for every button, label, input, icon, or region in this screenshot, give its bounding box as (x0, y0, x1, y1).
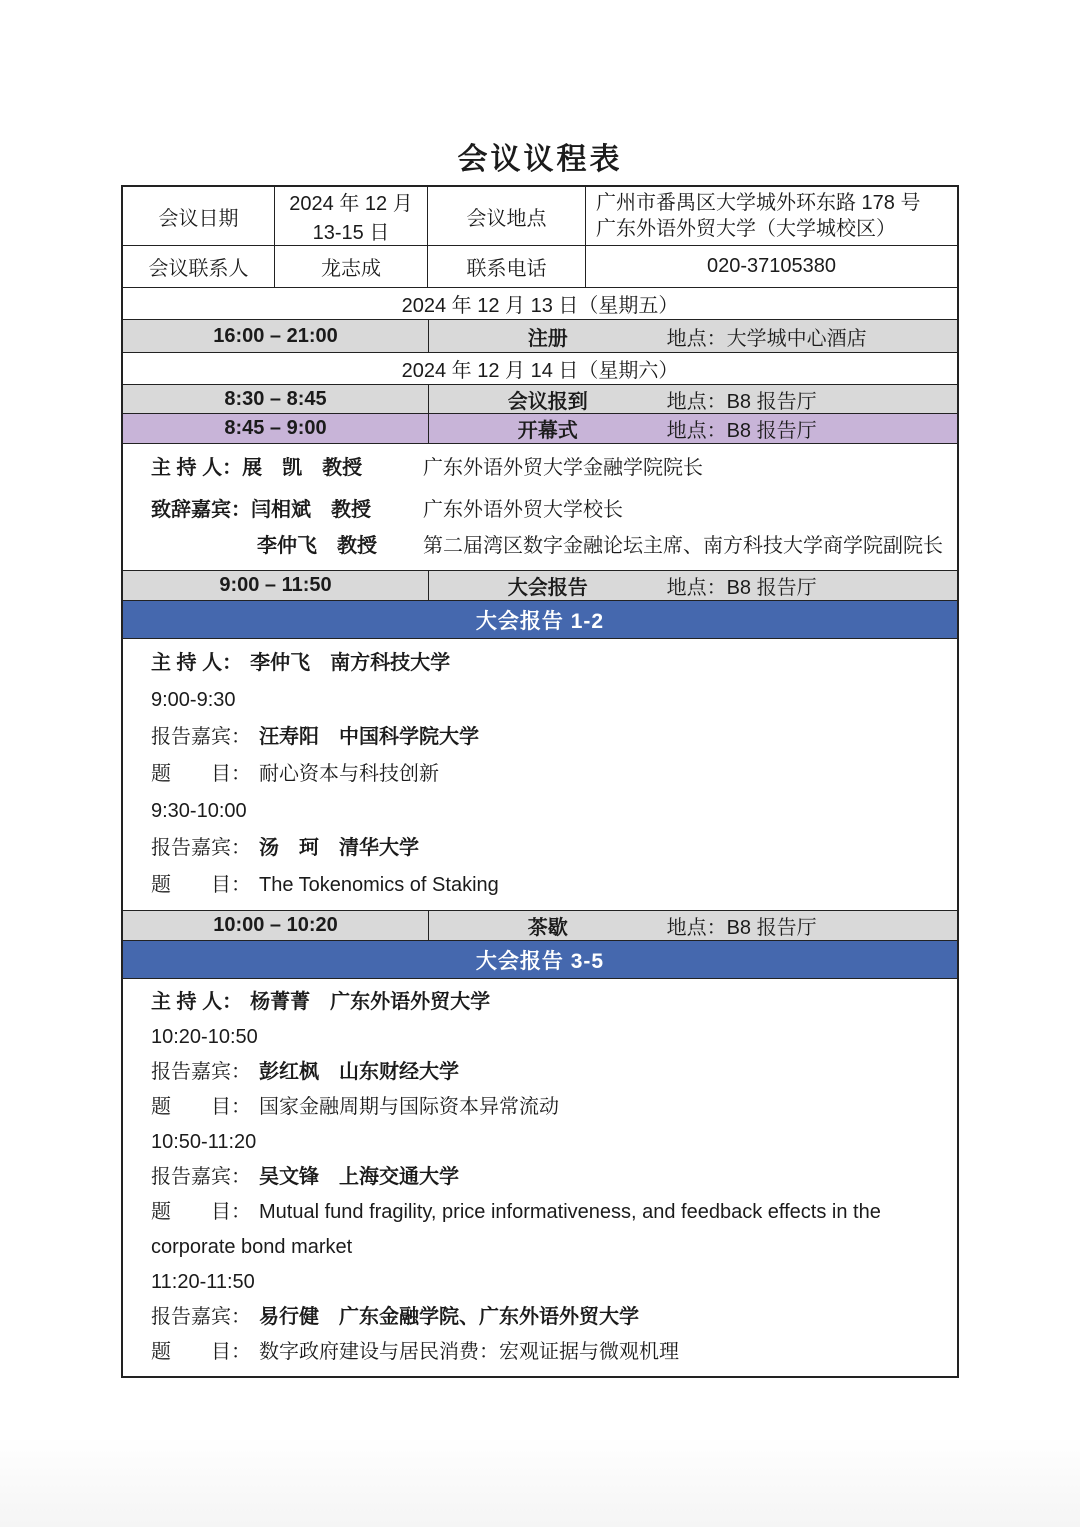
plenary-event: 大会报告 (429, 571, 667, 600)
opening-host-line: 主 持 人：展 凯 教授 广东外语外贸大学金融学院院长 (151, 450, 945, 486)
talk-time: 9:30-10:00 (151, 793, 945, 830)
checkin-right-cell: 会议报到 地点：B8 报告厅 (428, 385, 957, 413)
title-label: 题 目： (151, 1096, 251, 1118)
opening-guest2-line: 李仲飞 教授 第二届湾区数字金融论坛主席、南方科技大学商学院副院长 (151, 528, 945, 564)
tea-break-row: 10:00 – 10:20 茶歇 地点：B8 报告厅 (123, 910, 957, 940)
opening-time: 8:45 – 9:00 (123, 414, 428, 443)
plenary-location: 地点：B8 报告厅 (667, 571, 957, 600)
opening-guest2: 李仲飞 教授 (151, 528, 423, 564)
opening-guest1-affiliation: 广东外语外贸大学校长 (423, 492, 945, 528)
talk-title: 耐心资本与科技创新 (259, 763, 439, 785)
talk-time: 10:20-10:50 (151, 1020, 945, 1055)
info-row-date-venue: 会议日期 2024 年 12 月 13-15 日 会议地点 广州市番禺区大学城外… (123, 187, 957, 245)
registration-event: 注册 (429, 322, 667, 351)
day1-banner: 2024 年 12 月 13 日（星期五） (123, 287, 957, 319)
tea-break-event: 茶歇 (429, 911, 667, 940)
registration-right-cell: 注册 地点：大学城中心酒店 (428, 320, 957, 352)
talk-title-line: 题 目：数字政府建设与居民消费：宏观证据与微观机理 (151, 1335, 945, 1370)
title-label: 题 目： (151, 763, 251, 785)
talk-title: 国家金融周期与国际资本异常流动 (259, 1096, 559, 1118)
opening-guest2-name: 李仲飞 教授 (151, 528, 377, 564)
title-label: 题 目： (151, 874, 251, 896)
opening-event: 开幕式 (429, 414, 667, 443)
phone-value: 020-37105380 (585, 246, 957, 287)
opening-location: 地点：B8 报告厅 (667, 414, 957, 443)
talk-speaker-line: 报告嘉宾：易行健 广东金融学院、广东外语外贸大学 (151, 1300, 945, 1335)
talk-speaker: 汤 珂 清华大学 (259, 837, 419, 859)
agenda-page: 会议议程表 会议日期 2024 年 12 月 13-15 日 会议地点 广州市番… (0, 0, 1080, 1527)
opening-host-affiliation: 广东外语外贸大学金融学院院长 (423, 450, 945, 486)
speaker-label: 报告嘉宾： (151, 1166, 251, 1188)
registration-row: 16:00 – 21:00 注册 地点：大学城中心酒店 (123, 319, 957, 352)
opening-host-label: 主 持 人： (151, 457, 242, 479)
day2-banner: 2024 年 12 月 14 日（星期六） (123, 352, 957, 384)
opening-guest1-name: 闫相斌 教授 (251, 499, 371, 521)
plenary-row: 9:00 – 11:50 大会报告 地点：B8 报告厅 (123, 570, 957, 600)
title-label: 题 目： (151, 1341, 251, 1363)
contact-label: 会议联系人 (123, 246, 274, 287)
talk-title-line: 题 目：国家金融周期与国际资本异常流动 (151, 1090, 945, 1125)
session12-block: 主 持 人：李仲飞 南方科技大学 9:00-9:30 报告嘉宾：汪寿阳 中国科学… (123, 638, 957, 910)
checkin-location: 地点：B8 报告厅 (667, 385, 957, 414)
talk-speaker-line: 报告嘉宾：汤 珂 清华大学 (151, 830, 945, 867)
talk-title-line: 题 目：The Tokenomics of Staking (151, 867, 945, 904)
opening-guest2-affiliation: 第二届湾区数字金融论坛主席、南方科技大学商学院副院长 (423, 528, 945, 564)
speaker-label: 报告嘉宾： (151, 726, 251, 748)
session12-host: 李仲飞 南方科技大学 (250, 652, 450, 674)
session12-bar: 大会报告 1-2 (123, 600, 957, 638)
talk-speaker-line: 报告嘉宾：汪寿阳 中国科学院大学 (151, 719, 945, 756)
talk-speaker: 吴文锋 上海交通大学 (259, 1166, 459, 1188)
talk-speaker: 易行健 广东金融学院、广东外语外贸大学 (259, 1306, 639, 1328)
talk-title: 数字政府建设与居民消费：宏观证据与微观机理 (259, 1341, 679, 1363)
registration-time: 16:00 – 21:00 (123, 320, 428, 352)
venue-value: 广州市番禺区大学城外环东路 178 号 广东外语外贸大学（大学城校区） (585, 187, 957, 245)
tea-break-time: 10:00 – 10:20 (123, 911, 428, 940)
opening-guest1: 致辞嘉宾：闫相斌 教授 (151, 492, 423, 528)
talk-title: The Tokenomics of Staking (259, 874, 499, 896)
talk-title-line: 题 目：Mutual fund fragility, price informa… (151, 1195, 945, 1265)
contact-value: 龙志成 (274, 246, 427, 287)
registration-location: 地点：大学城中心酒店 (667, 322, 957, 351)
speaker-label: 报告嘉宾： (151, 837, 251, 859)
tea-break-right-cell: 茶歇 地点：B8 报告厅 (428, 911, 957, 940)
phone-label: 联系电话 (427, 246, 585, 287)
opening-guest1-line: 致辞嘉宾：闫相斌 教授 广东外语外贸大学校长 (151, 492, 945, 528)
session35-block: 主 持 人：杨菁菁 广东外语外贸大学 10:20-10:50 报告嘉宾：彭红枫 … (123, 978, 957, 1376)
venue-label: 会议地点 (427, 187, 585, 245)
talk-speaker-line: 报告嘉宾：吴文锋 上海交通大学 (151, 1160, 945, 1195)
plenary-time: 9:00 – 11:50 (123, 571, 428, 600)
talk-speaker: 汪寿阳 中国科学院大学 (259, 726, 479, 748)
agenda-table: 会议日期 2024 年 12 月 13-15 日 会议地点 广州市番禺区大学城外… (121, 185, 959, 1378)
info-row-contact-phone: 会议联系人 龙志成 联系电话 020-37105380 (123, 245, 957, 287)
opening-host: 主 持 人：展 凯 教授 (151, 450, 423, 486)
date-label: 会议日期 (123, 187, 274, 245)
session12-host-line: 主 持 人：李仲飞 南方科技大学 (151, 645, 945, 682)
checkin-row: 8:30 – 8:45 会议报到 地点：B8 报告厅 (123, 384, 957, 413)
speaker-label: 报告嘉宾： (151, 1061, 251, 1083)
talk-title-line: 题 目：耐心资本与科技创新 (151, 756, 945, 793)
talk-time: 9:00-9:30 (151, 682, 945, 719)
venue-line1: 广州市番禺区大学城外环东路 178 号 (596, 190, 920, 216)
talk-title: Mutual fund fragility, price informative… (151, 1201, 881, 1258)
session35-bar: 大会报告 3-5 (123, 940, 957, 978)
talk-time: 11:20-11:50 (151, 1265, 945, 1300)
page-title: 会议议程表 (121, 134, 959, 178)
speech-guests-label: 致辞嘉宾： (151, 499, 251, 521)
title-label: 题 目： (151, 1201, 251, 1223)
venue-line2: 广东外语外贸大学（大学城校区） (596, 216, 896, 242)
speaker-label: 报告嘉宾： (151, 1306, 251, 1328)
checkin-event: 会议报到 (429, 385, 667, 414)
opening-right-cell: 开幕式 地点：B8 报告厅 (428, 414, 957, 443)
session35-host-label: 主 持 人： (151, 991, 242, 1013)
session12-host-label: 主 持 人： (151, 652, 242, 674)
opening-row: 8:45 – 9:00 开幕式 地点：B8 报告厅 (123, 413, 957, 443)
talk-speaker: 彭红枫 山东财经大学 (259, 1061, 459, 1083)
session35-host-line: 主 持 人：杨菁菁 广东外语外贸大学 (151, 985, 945, 1020)
session35-host: 杨菁菁 广东外语外贸大学 (250, 991, 490, 1013)
date-value: 2024 年 12 月 13-15 日 (274, 187, 427, 245)
talk-time: 10:50-11:20 (151, 1125, 945, 1160)
opening-details-block: 主 持 人：展 凯 教授 广东外语外贸大学金融学院院长 致辞嘉宾：闫相斌 教授 … (123, 443, 957, 570)
tea-break-location: 地点：B8 报告厅 (667, 911, 957, 940)
opening-host-name: 展 凯 教授 (242, 457, 362, 479)
plenary-right-cell: 大会报告 地点：B8 报告厅 (428, 571, 957, 600)
talk-speaker-line: 报告嘉宾：彭红枫 山东财经大学 (151, 1055, 945, 1090)
checkin-time: 8:30 – 8:45 (123, 385, 428, 413)
